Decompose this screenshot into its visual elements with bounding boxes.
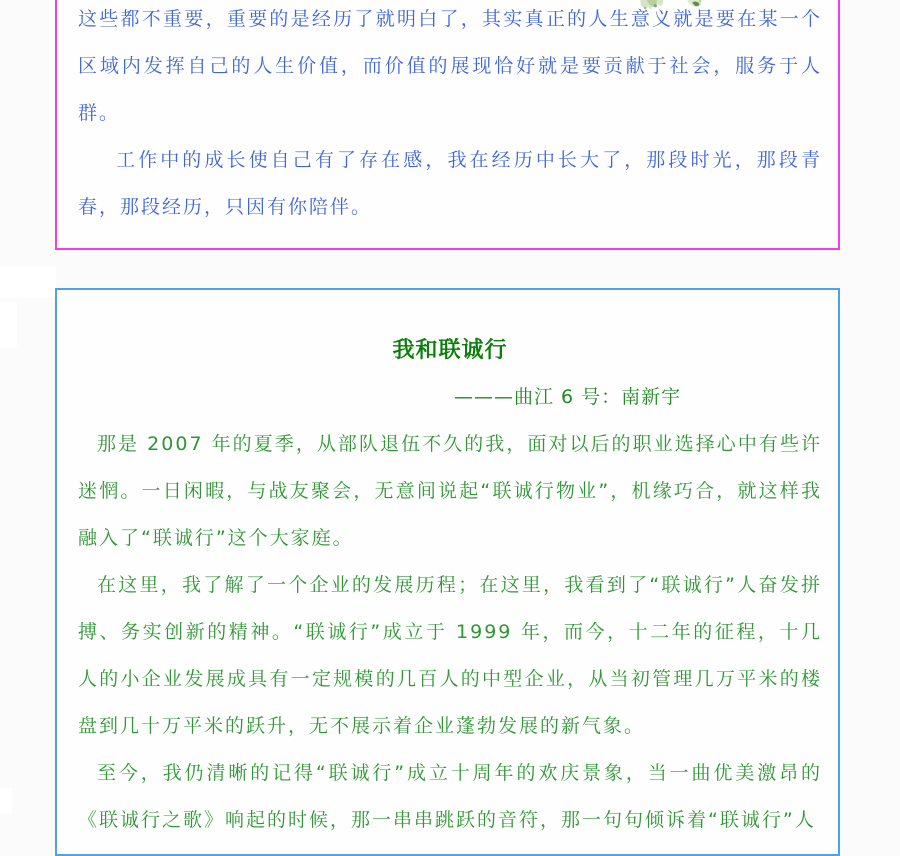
paragraph: 工作中的成长使自己有了存在感，我在经历中长大了，那段时光，那段青春，那段经历，只… — [78, 137, 822, 231]
leaf-icon — [592, 0, 750, 16]
paragraph: 在这里，我了解了一个企业的发展历程；在这里，我看到了“联诚行”人奋发拼搏、务实创… — [78, 562, 822, 750]
background-patch — [0, 302, 17, 348]
leaf-watercolor-image — [592, 0, 750, 16]
article-body: 那是 2007 年的夏季，从部队退伍不久的我，面对以后的职业选择心中有些许迷惘。… — [78, 421, 822, 844]
document-page: 这些都不重要，重要的是经历了就明白了，其实真正的人生意义就是要在某一个区域内发挥… — [0, 0, 900, 856]
article-title: 我和联诚行 — [78, 327, 822, 374]
paragraph: 那是 2007 年的夏季，从部队退伍不久的我，面对以后的职业选择心中有些许迷惘。… — [78, 421, 822, 562]
background-patch — [0, 788, 12, 814]
top-article-text: 这些都不重要，重要的是经历了就明白了，其实真正的人生意义就是要在某一个区域内发挥… — [78, 0, 822, 231]
paragraph: 至今，我仍清晰的记得“联诚行”成立十周年的欢庆景象，当一曲优美激昂的《联诚行之歌… — [78, 750, 822, 844]
paragraph: 这些都不重要，重要的是经历了就明白了，其实真正的人生意义就是要在某一个区域内发挥… — [78, 0, 822, 137]
article-byline: ———曲江 6 号：南新宇 — [454, 374, 681, 421]
background-patch — [0, 266, 56, 298]
